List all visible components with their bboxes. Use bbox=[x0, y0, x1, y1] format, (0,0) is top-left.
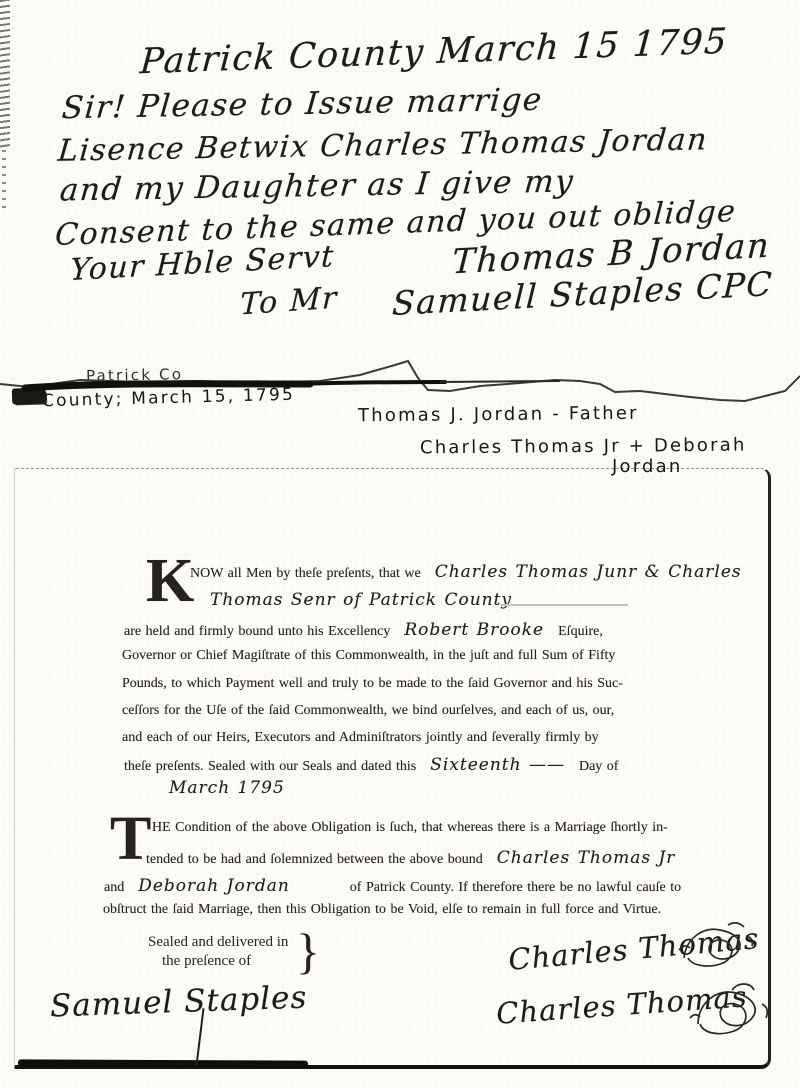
printed-text: ceſſors for the Uſe of the ſaid Commonwe… bbox=[122, 703, 614, 719]
scan-edge-artifact bbox=[0, 0, 10, 150]
bond-line: ceſſors for the Uſe of the ſaid Commonwe… bbox=[122, 703, 614, 719]
printed-text: Day of bbox=[579, 759, 619, 775]
brace-glyph: } bbox=[296, 922, 320, 980]
printed-text: obſtruct the ſaid Marriage, then this Ob… bbox=[103, 902, 661, 918]
seal-scribble-icon bbox=[676, 918, 766, 980]
printed-text: and each of our Heirs, Executors and Adm… bbox=[122, 730, 599, 746]
bond-line: NOW all Men by theſe preſents, that weCh… bbox=[190, 562, 756, 582]
handwritten-fill: March 1795 bbox=[169, 778, 285, 798]
bond-line: March 1795 bbox=[155, 778, 299, 798]
bond-line: Governor or Chief Magiſtrate of this Com… bbox=[122, 648, 615, 664]
printed-text: are held and firmly bound unto his Excel… bbox=[124, 624, 390, 640]
bond-line: tended to be had and ſolemnized between … bbox=[146, 848, 689, 868]
bond-line: are held and firmly bound unto his Excel… bbox=[124, 620, 603, 640]
blank-rule bbox=[500, 604, 628, 606]
document-scan: Patrick County March 15 1795Sir! Please … bbox=[0, 0, 800, 1088]
printed-text: HE Condition of the above Obligation is … bbox=[152, 820, 668, 836]
printed-text: of Patrick County. If therefore there be… bbox=[350, 880, 681, 896]
bond-line: andDeborah Jordanof Patrick County. If t… bbox=[104, 876, 681, 896]
letter-line: To Mr bbox=[240, 281, 339, 323]
handwritten-fill: Charles Thomas Junr & Charles bbox=[435, 562, 742, 582]
handwritten-fill: Charles Thomas Jr bbox=[497, 848, 676, 868]
letter-line: Patrick County March 15 1795 bbox=[139, 22, 730, 83]
bond-line: Thomas Senr of Patrick County bbox=[196, 590, 526, 610]
genealogy-note-surname: Jordan bbox=[612, 456, 682, 477]
printed-text: Pounds, to which Payment well and truly … bbox=[122, 676, 623, 692]
printed-text: Governor or Chief Magiſtrate of this Com… bbox=[122, 648, 615, 664]
printed-text: Eſquire, bbox=[558, 624, 603, 640]
letter-line: Lisence Betwix Charles Thomas Jordan bbox=[57, 122, 710, 168]
printed-text: and bbox=[104, 880, 124, 896]
scan-edge-artifact bbox=[2, 150, 6, 210]
printed-text: theſe preſents. Sealed with our Seals an… bbox=[124, 759, 416, 775]
witness-clause-line2: the preſence of bbox=[162, 953, 251, 970]
handwritten-fill: Sixteenth —— bbox=[430, 755, 565, 775]
dropcap-K: K bbox=[146, 556, 194, 606]
handwritten-fill: Thomas Senr of Patrick County bbox=[210, 590, 512, 610]
genealogy-note-couple: Charles Thomas Jr + Deborah bbox=[420, 435, 747, 459]
printed-text: tended to be had and ſolemnized between … bbox=[146, 852, 483, 868]
witness-clause-line1: Sealed and delivered in bbox=[148, 934, 288, 951]
bond-line: HE Condition of the above Obligation is … bbox=[152, 820, 668, 836]
strike-thin bbox=[440, 381, 560, 382]
seal-scribble-icon bbox=[688, 978, 780, 1050]
bond-line: and each of our Heirs, Executors and Adm… bbox=[122, 730, 599, 746]
bond-line: obſtruct the ſaid Marriage, then this Ob… bbox=[103, 902, 661, 918]
letter-line: Sir! Please to Issue marrige bbox=[60, 82, 544, 126]
printed-text: NOW all Men by theſe preſents, that we bbox=[190, 566, 421, 582]
frame-bottom-heavy-line bbox=[18, 1059, 308, 1067]
handwritten-fill: Robert Brooke bbox=[404, 620, 544, 640]
strike-medium bbox=[300, 382, 445, 384]
bond-line: theſe preſents. Sealed with our Seals an… bbox=[124, 755, 618, 775]
handwritten-fill: Deborah Jordan bbox=[138, 876, 290, 896]
bond-line: Pounds, to which Payment well and truly … bbox=[122, 676, 623, 692]
